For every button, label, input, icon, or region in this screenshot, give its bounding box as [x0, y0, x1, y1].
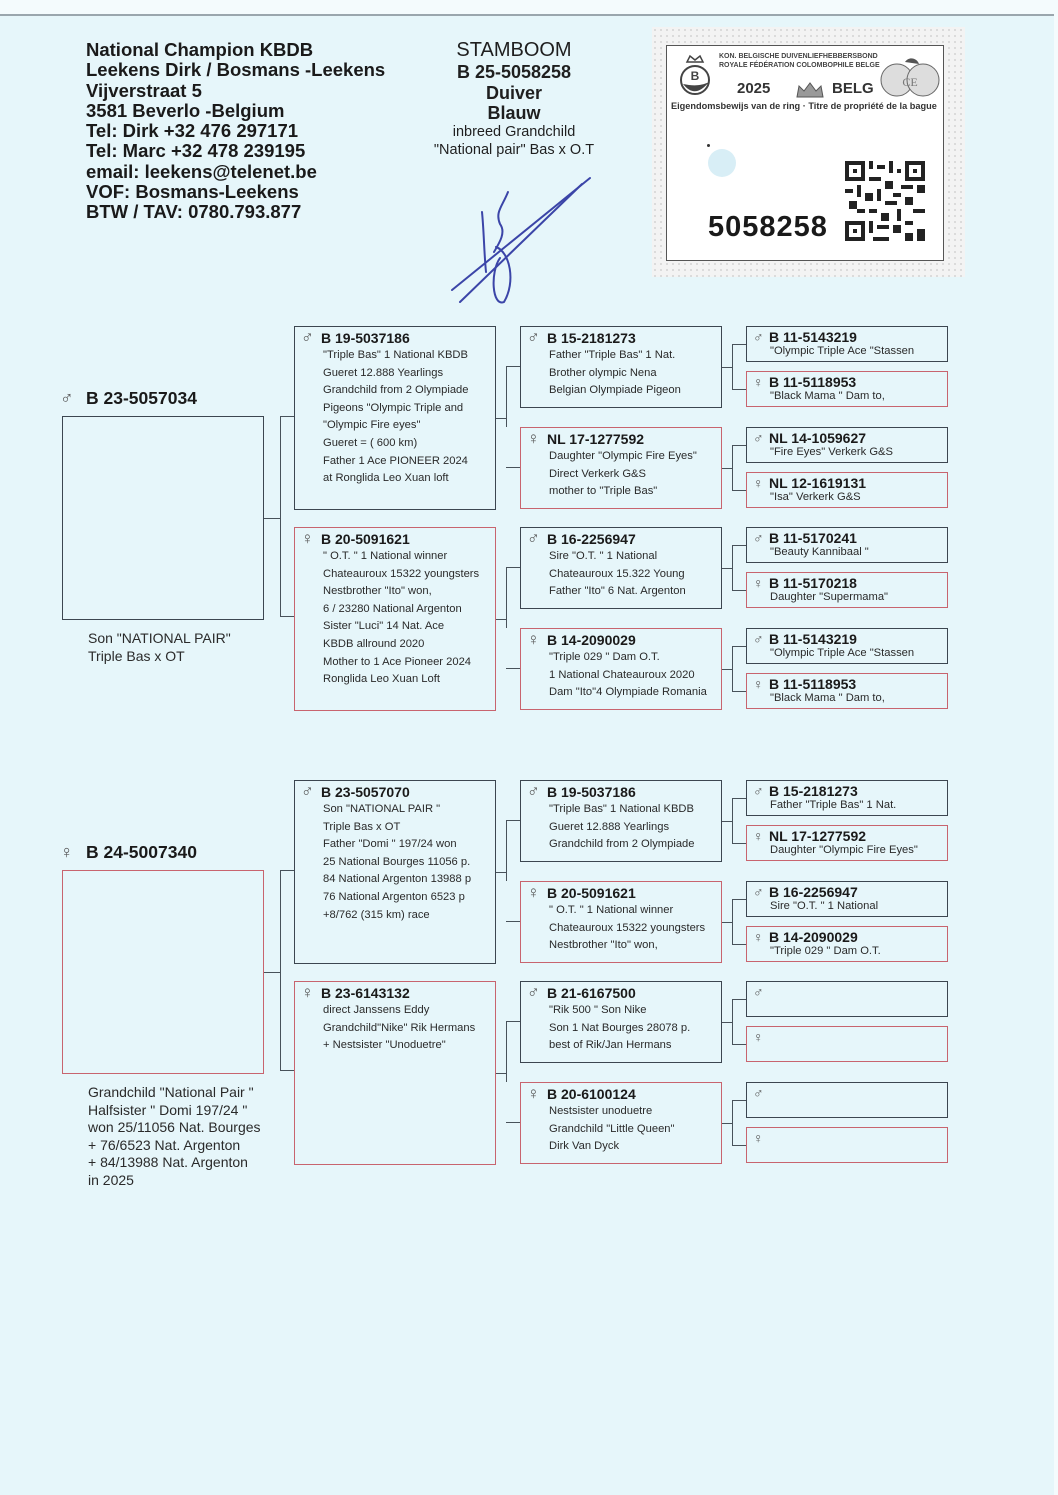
pigeon-ring-number: B 16-2256947: [547, 531, 636, 547]
pigeon-details: ♂: [753, 984, 943, 1000]
note-line: Halfsister " Domi 197/24 ": [88, 1102, 261, 1120]
breeder-line: Tel: Dirk +32 476 297171: [86, 121, 385, 141]
description-line: best of Rik/Jan Hermans: [549, 1037, 717, 1055]
female-symbol-icon: ♀: [753, 676, 769, 692]
connector-line: [732, 590, 746, 591]
description-line: Grandchild"Nike" Rik Hermans: [323, 1020, 491, 1038]
connector-line: [722, 367, 732, 368]
subject-ring-sire_side: ♂B 23-5057034: [60, 388, 197, 409]
connector-line: [506, 820, 507, 881]
kbdb-logo-icon: B: [677, 54, 713, 100]
connector-line: [506, 820, 520, 821]
connector-line: [732, 798, 746, 799]
description-line: Son 1 Nat Bourges 28078 p.: [549, 1020, 717, 1038]
note-line: Son "NATIONAL PAIR": [88, 630, 231, 648]
description-line: Nestsister unoduetre: [549, 1103, 717, 1121]
pigeon-box-male[interactable]: ♂B 15-2181273Father "Triple Bas" 1 Nat.: [746, 780, 948, 816]
pigeon-details: ♂NL 14-1059627"Fire Eyes" Verkerk G&S: [753, 430, 943, 459]
description-line: "Olympic Fire eyes": [323, 417, 491, 435]
description-line: "Triple 029 " Dam O.T.: [770, 945, 943, 958]
male-symbol-icon: ♂: [753, 783, 769, 799]
pigeon-description: "Triple Bas" 1 National KBDBGueret 12.88…: [301, 347, 491, 488]
connector-line: [722, 922, 732, 923]
pigeon-ring-number: B 14-2090029: [769, 929, 858, 945]
connector-line: [264, 518, 280, 519]
subject-color: Blauw: [405, 103, 623, 123]
description-line: "Olympic Triple Ace "Stassen: [770, 345, 943, 358]
connector-line: [280, 416, 294, 417]
pigeon-description: " O.T. " 1 National winnerChateauroux 15…: [301, 548, 491, 689]
male-symbol-icon: ♂: [527, 783, 547, 801]
pigeon-ring-line: ♀B 20-6100124: [527, 1085, 717, 1103]
connector-line: [732, 944, 746, 945]
subject-desc: "National pair" Bas x O.T: [405, 141, 623, 159]
female-symbol-icon: ♀: [753, 1130, 769, 1146]
description-line: Dam "Ito"4 Olympiade Romania: [549, 684, 717, 702]
main-ring-number: B 24-5007340: [86, 842, 197, 862]
description-line: "Black Mama " Dam to,: [770, 692, 943, 705]
description-line: Sister "Luci" 14 Nat. Ace: [323, 618, 491, 636]
connector-line: [722, 1123, 732, 1124]
pigeon-details: ♂B 11-5143219"Olympic Triple Ace "Stasse…: [753, 329, 943, 358]
connector-line: [732, 646, 746, 647]
pigeon-description: "Olympic Triple Ace "Stassen: [753, 345, 943, 358]
description-line: Son "NATIONAL PAIR ": [323, 801, 491, 819]
connector-line: [280, 1070, 294, 1071]
description-line: Mother to 1 Ace Pioneer 2024: [323, 654, 491, 672]
pigeon-box-female[interactable]: ♀B 11-5170218Daughter "Supermama": [746, 572, 948, 608]
pigeon-description: direct Janssens EddyGrandchild"Nike" Rik…: [301, 1002, 491, 1055]
pigeon-description: Daughter "Olympic Fire Eyes": [753, 844, 943, 857]
breeder-line: BTW / TAV: 0780.793.877: [86, 202, 385, 222]
description-line: Daughter "Olympic Fire Eyes": [770, 844, 943, 857]
connector-line: [280, 870, 281, 1070]
description-line: Sire "O.T. " 1 National: [549, 548, 717, 566]
pigeon-ring-line: ♀B 23-6143132: [301, 984, 491, 1002]
subject-note: Grandchild "National Pair "Halfsister " …: [88, 1084, 261, 1189]
connector-line: [732, 344, 733, 389]
pigeon-details: ♀B 20-5091621" O.T. " 1 National winnerC…: [527, 884, 717, 955]
male-symbol-icon: ♂: [60, 388, 86, 409]
connector-line: [732, 999, 746, 1000]
description-line: Grandchild "Little Queen": [549, 1121, 717, 1139]
pigeon-box-male[interactable]: ♂B 11-5143219"Olympic Triple Ace "Stasse…: [746, 326, 948, 362]
connector-line: [732, 1100, 746, 1101]
pigeon-details: ♂B 15-2181273Father "Triple Bas" 1 Nat.B…: [527, 329, 717, 400]
pigeon-details: ♂B 21-6167500"Rik 500 " Son NikeSon 1 Na…: [527, 984, 717, 1055]
pigeon-ring-number: B 19-5037186: [321, 330, 410, 346]
description-line: Gueret = ( 600 km): [323, 435, 491, 453]
breeder-line: 3581 Beverlo -Belgium: [86, 101, 385, 121]
pigeon-box-female[interactable]: ♀: [746, 1127, 948, 1163]
description-line: "Isa" Verkerk G&S: [770, 491, 943, 504]
description-line: 76 National Argenton 6523 p: [323, 889, 491, 907]
description-line: Triple Bas x OT: [323, 819, 491, 837]
pigeon-description: "Rik 500 " Son NikeSon 1 Nat Bourges 280…: [527, 1002, 717, 1055]
description-line: Daughter "Olympic Fire Eyes": [549, 448, 717, 466]
pigeon-details: ♂B 19-5037186"Triple Bas" 1 National KBD…: [301, 329, 491, 488]
connector-line: [506, 668, 520, 669]
pigeon-box-female[interactable]: ♀B 14-2090029"Triple 029 " Dam O.T.: [746, 926, 948, 962]
globe-pigeon-icon: CE: [879, 56, 941, 98]
male-symbol-icon: ♂: [753, 530, 769, 546]
pigeon-ring-line: ♀B 11-5118953: [753, 676, 943, 692]
pigeon-description: "Black Mama " Dam to,: [753, 390, 943, 403]
connector-line: [506, 567, 507, 628]
male-symbol-icon: ♂: [527, 984, 547, 1002]
female-symbol-icon: ♀: [753, 929, 769, 945]
pigeon-box-female[interactable]: ♀B 20-5091621" O.T. " 1 National winnerC…: [520, 881, 722, 963]
pigeon-ring-number: B 11-5143219: [769, 329, 857, 345]
description-line: "Triple 029 " Dam O.T.: [549, 649, 717, 667]
pigeon-details: ♀B 11-5118953"Black Mama " Dam to,: [753, 676, 943, 705]
pigeon-ring-line: ♂B 16-2256947: [753, 884, 943, 900]
pigeon-ring-line: ♂NL 14-1059627: [753, 430, 943, 446]
pigeon-ring-number: B 11-5170218: [769, 575, 857, 591]
pigeon-box-female[interactable]: ♀B 20-5091621" O.T. " 1 National winnerC…: [294, 527, 496, 711]
connector-line: [732, 445, 733, 490]
male-symbol-icon: ♂: [753, 984, 769, 1000]
pigeon-description: "Beauty Kannibaal ": [753, 546, 943, 559]
male-symbol-icon: ♂: [753, 1085, 769, 1101]
connector-line: [506, 366, 507, 427]
pigeon-details: ♀: [753, 1029, 943, 1045]
pigeon-ring-line: ♀B 20-5091621: [527, 884, 717, 902]
connector-line: [506, 567, 520, 568]
connector-line: [506, 366, 520, 367]
pigeon-description: Daughter "Olympic Fire Eyes"Direct Verke…: [527, 448, 717, 501]
description-line: Chateauroux 15322 youngsters: [323, 566, 491, 584]
pigeon-box-male[interactable]: ♂B 15-2181273Father "Triple Bas" 1 Nat.B…: [520, 326, 722, 408]
description-line: "Beauty Kannibaal ": [770, 546, 943, 559]
connector-line: [732, 843, 746, 844]
subject-sex: Duiver: [405, 83, 623, 103]
breeder-line: Tel: Marc +32 478 239195: [86, 141, 385, 161]
pigeon-box-female[interactable]: ♀NL 12-1619131"Isa" Verkerk G&S: [746, 472, 948, 508]
pigeon-box-female[interactable]: ♀B 20-6100124Nestsister unoduetreGrandch…: [520, 1082, 722, 1164]
description-line: Chateauroux 15.322 Young: [549, 566, 717, 584]
connector-line: [732, 1145, 746, 1146]
pigeon-box-female[interactable]: ♀NL 17-1277592Daughter "Olympic Fire Eye…: [746, 825, 948, 861]
connector-line: [280, 870, 294, 871]
pigeon-box-male[interactable]: ♂B 16-2256947Sire "O.T. " 1 National: [746, 881, 948, 917]
pigeon-ring-number: B 16-2256947: [769, 884, 858, 900]
pigeon-box-male[interactable]: ♂B 23-5057070Son "NATIONAL PAIR "Triple …: [294, 780, 496, 964]
pigeon-ring-number: B 20-5091621: [321, 531, 410, 547]
female-symbol-icon: ♀: [301, 984, 321, 1002]
svg-text:CE: CE: [902, 75, 917, 89]
pigeon-box-male[interactable]: ♂: [746, 1082, 948, 1118]
pigeon-details: ♂: [753, 1085, 943, 1101]
description-line: "Triple Bas" 1 National KBDB: [323, 347, 491, 365]
pigeon-description: "Triple 029 " Dam O.T.1 National Chateau…: [527, 649, 717, 702]
pigeon-box-male[interactable]: ♂NL 14-1059627"Fire Eyes" Verkerk G&S: [746, 427, 948, 463]
male-symbol-icon: ♂: [753, 329, 769, 345]
pigeon-ring-number: B 11-5118953: [769, 374, 856, 390]
description-line: "Fire Eyes" Verkerk G&S: [770, 446, 943, 459]
pigeon-box-female[interactable]: ♀B 11-5118953"Black Mama " Dam to,: [746, 371, 948, 407]
pigeon-description: "Triple Bas" 1 National KBDBGueret 12.88…: [527, 801, 717, 854]
org-name: KON. BELGISCHE DUIVENLIEFHEBBERSBOND ROY…: [719, 52, 880, 70]
description-line: Nestbrother "Ito" won,: [323, 583, 491, 601]
pigeon-box-male[interactable]: ♂B 11-5170241"Beauty Kannibaal ": [746, 527, 948, 563]
breeder-line: Vijverstraat 5: [86, 81, 385, 101]
connector-line: [732, 1100, 733, 1145]
pigeon-details: ♂B 16-2256947Sire "O.T. " 1 National: [753, 884, 943, 913]
female-symbol-icon: ♀: [753, 475, 769, 491]
pigeon-box-female[interactable]: ♀NL 17-1277592Daughter "Olympic Fire Eye…: [520, 427, 722, 509]
pigeon-ring-line: ♂B 19-5037186: [527, 783, 717, 801]
pigeon-ring-line: ♂B 21-6167500: [527, 984, 717, 1002]
pigeon-description: Daughter "Supermama": [753, 591, 943, 604]
pigeon-ring-line: ♂: [753, 984, 943, 1000]
ring-year: 2025: [737, 80, 770, 97]
pigeon-ring-number: NL 17-1277592: [547, 431, 644, 447]
pigeon-ring-number: B 19-5037186: [547, 784, 636, 800]
pigeon-ring-number: B 15-2181273: [547, 330, 636, 346]
pigeon-ring-line: ♀B 11-5118953: [753, 374, 943, 390]
connector-line: [722, 568, 732, 569]
pigeon-ring-line: ♂B 23-5057070: [301, 783, 491, 801]
subject-note: Son "NATIONAL PAIR"Triple Bas x OT: [88, 630, 231, 665]
note-line: + 76/6523 Nat. Argenton: [88, 1137, 261, 1155]
pigeon-details: ♀B 14-2090029"Triple 029 " Dam O.T.1 Nat…: [527, 631, 717, 702]
pigeon-details: ♂B 11-5170241"Beauty Kannibaal ": [753, 530, 943, 559]
pigeon-details: ♂B 19-5037186"Triple Bas" 1 National KBD…: [527, 783, 717, 854]
connector-line: [496, 1073, 506, 1074]
connector-line: [732, 646, 733, 691]
breeder-info: National Champion KBDB Leekens Dirk / Bo…: [86, 40, 385, 223]
connector-line: [732, 445, 746, 446]
female-symbol-icon: ♀: [60, 842, 86, 863]
subject-ring-dam_side: ♀B 24-5007340: [60, 842, 197, 863]
male-symbol-icon: ♂: [301, 329, 321, 347]
pigeon-ring-number: NL 12-1619131: [769, 475, 866, 491]
description-line: Pigeons "Olympic Triple and: [323, 400, 491, 418]
pigeon-box-male[interactable]: ♂B 19-5037186"Triple Bas" 1 National KBD…: [520, 780, 722, 862]
description-line: Dirk Van Dyck: [549, 1138, 717, 1156]
pigeon-description: "Isa" Verkerk G&S: [753, 491, 943, 504]
pigeon-details: ♀B 20-6100124Nestsister unoduetreGrandch…: [527, 1085, 717, 1156]
pigeon-ring-number: B 15-2181273: [769, 783, 858, 799]
description-line: Father "Triple Bas" 1 Nat.: [549, 347, 717, 365]
description-line: Grandchild from 2 Olympiade: [323, 382, 491, 400]
note-line: in 2025: [88, 1172, 261, 1190]
pigeon-ring-line: ♀B 14-2090029: [527, 631, 717, 649]
description-line: mother to "Triple Bas": [549, 483, 717, 501]
pigeon-ring-line: ♀B 14-2090029: [753, 929, 943, 945]
pigeon-ring-line: ♂B 11-5143219: [753, 329, 943, 345]
female-symbol-icon: ♀: [527, 631, 547, 649]
pigeon-photo-placeholder: [62, 416, 264, 620]
pigeon-box-male[interactable]: ♂B 11-5143219"Olympic Triple Ace "Stasse…: [746, 628, 948, 664]
female-symbol-icon: ♀: [753, 575, 769, 591]
description-line: +8/762 (315 km) race: [323, 907, 491, 925]
male-symbol-icon: ♂: [527, 530, 547, 548]
description-line: Gueret 12.888 Yearlings: [549, 819, 717, 837]
female-symbol-icon: ♀: [527, 1085, 547, 1103]
description-line: Sire "O.T. " 1 National: [770, 900, 943, 913]
pigeon-photo-placeholder: [62, 870, 264, 1074]
pigeon-ring-number: NL 17-1277592: [769, 828, 866, 844]
description-line: Daughter "Supermama": [770, 591, 943, 604]
pigeon-box-male[interactable]: ♂B 21-6167500"Rik 500 " Son NikeSon 1 Na…: [520, 981, 722, 1063]
connector-line: [732, 899, 746, 900]
pigeon-ring-line: ♂: [753, 1085, 943, 1101]
description-line: Belgian Olympiade Pigeon: [549, 382, 717, 400]
pigeon-description: " O.T. " 1 National winnerChateauroux 15…: [527, 902, 717, 955]
connector-line: [264, 972, 280, 973]
breeder-line: National Champion KBDB: [86, 40, 385, 60]
description-line: "Black Mama " Dam to,: [770, 390, 943, 403]
pigeon-description: "Olympic Triple Ace "Stassen: [753, 647, 943, 660]
connector-line: [732, 899, 733, 944]
description-line: " O.T. " 1 National winner: [323, 548, 491, 566]
connector-line: [732, 691, 746, 692]
connector-line: [722, 468, 732, 469]
note-line: + 84/13988 Nat. Argenton: [88, 1154, 261, 1172]
signature-icon: [430, 172, 600, 312]
pigeon-ring-line: ♀: [753, 1130, 943, 1146]
qr-code-icon: [845, 161, 925, 241]
connector-line: [732, 999, 733, 1044]
connector-line: [722, 669, 732, 670]
pigeon-ring-line: ♀B 20-5091621: [301, 530, 491, 548]
description-line: at Ronglida Leo Xuan loft: [323, 470, 491, 488]
male-symbol-icon: ♂: [527, 329, 547, 347]
pigeon-details: ♀B 11-5170218Daughter "Supermama": [753, 575, 943, 604]
pigeon-details: ♂B 23-5057070Son "NATIONAL PAIR "Triple …: [301, 783, 491, 924]
connector-line: [506, 1122, 520, 1123]
pigeon-box-female[interactable]: ♀B 14-2090029"Triple 029 " Dam O.T.1 Nat…: [520, 628, 722, 710]
description-line: "Rik 500 " Son Nike: [549, 1002, 717, 1020]
connector-line: [506, 467, 520, 468]
female-symbol-icon: ♀: [753, 374, 769, 390]
description-line: direct Janssens Eddy: [323, 1002, 491, 1020]
pigeon-ring-line: ♂B 19-5037186: [301, 329, 491, 347]
pigeon-ring-number: B 21-6167500: [547, 985, 636, 1001]
description-line: 1 National Chateauroux 2020: [549, 667, 717, 685]
pigeon-ring-number: B 23-6143132: [321, 985, 410, 1001]
description-line: Brother olympic Nena: [549, 365, 717, 383]
pigeon-details: ♂B 15-2181273Father "Triple Bas" 1 Nat.: [753, 783, 943, 812]
connector-line: [732, 1044, 746, 1045]
description-line: Father "Ito" 6 Nat. Argenton: [549, 583, 717, 601]
breeder-line: VOF: Bosmans-Leekens: [86, 182, 385, 202]
note-line: won 25/11056 Nat. Bourges: [88, 1119, 261, 1137]
pigeon-box-female[interactable]: ♀B 11-5118953"Black Mama " Dam to,: [746, 673, 948, 709]
pigeon-ring-number: B 11-5143219: [769, 631, 857, 647]
pigeon-details: ♀B 11-5118953"Black Mama " Dam to,: [753, 374, 943, 403]
male-symbol-icon: ♂: [753, 430, 769, 446]
description-line: 84 National Argenton 13988 p: [323, 871, 491, 889]
description-line: Nestbrother "Ito" won,: [549, 937, 717, 955]
pigeon-box-female[interactable]: ♀: [746, 1026, 948, 1062]
breeder-line: Leekens Dirk / Bosmans -Leekens: [86, 60, 385, 80]
connector-line: [722, 821, 732, 822]
pigeon-ring-number: NL 14-1059627: [769, 430, 866, 446]
ring-country: BELG: [832, 80, 874, 97]
pigeon-ring-line: ♂B 11-5170241: [753, 530, 943, 546]
description-line: Father "Triple Bas" 1 Nat.: [770, 799, 943, 812]
pigeon-ring-line: ♀: [753, 1029, 943, 1045]
pigeon-details: ♂B 16-2256947Sire "O.T. " 1 NationalChat…: [527, 530, 717, 601]
pigeon-details: ♀NL 17-1277592Daughter "Olympic Fire Eye…: [753, 828, 943, 857]
main-ring-number: B 23-5057034: [86, 388, 197, 408]
pedigree-header: STAMBOOM B 25-5058258 Duiver Blauw inbre…: [405, 38, 623, 159]
description-line: KBDB allround 2020: [323, 636, 491, 654]
pigeon-box-male[interactable]: ♂: [746, 981, 948, 1017]
pigeon-box-male[interactable]: ♂B 16-2256947Sire "O.T. " 1 NationalChat…: [520, 527, 722, 609]
female-symbol-icon: ♀: [527, 884, 547, 902]
pigeon-box-male[interactable]: ♂B 19-5037186"Triple Bas" 1 National KBD…: [294, 326, 496, 510]
description-line: Direct Verkerk G&S: [549, 466, 717, 484]
pigeon-ring-line: ♀NL 17-1277592: [753, 828, 943, 844]
female-symbol-icon: ♀: [753, 828, 769, 844]
pigeon-ring-line: ♀NL 17-1277592: [527, 430, 717, 448]
description-line: Father 1 Ace PIONEER 2024: [323, 453, 491, 471]
page-title: STAMBOOM: [405, 38, 623, 62]
description-line: " O.T. " 1 National winner: [549, 902, 717, 920]
pigeon-ring-number: B 11-5118953: [769, 676, 856, 692]
punch-hole: [708, 149, 736, 177]
description-line: Gueret 12.888 Yearlings: [323, 365, 491, 383]
connector-line: [732, 344, 746, 345]
pigeon-ring-line: ♂B 15-2181273: [753, 783, 943, 799]
connector-line: [732, 389, 746, 390]
pigeon-box-female[interactable]: ♀B 23-6143132direct Janssens EddyGrandch…: [294, 981, 496, 1165]
connector-line: [280, 616, 294, 617]
description-line: Ronglida Leo Xuan Loft: [323, 671, 491, 689]
connector-line: [496, 418, 506, 419]
description-line: Chateauroux 15322 youngsters: [549, 920, 717, 938]
subject-desc: inbreed Grandchild: [405, 123, 623, 141]
pigeon-ring-line: ♂B 16-2256947: [527, 530, 717, 548]
pigeon-description: Father "Triple Bas" 1 Nat.Brother olympi…: [527, 347, 717, 400]
pigeon-details: ♀NL 17-1277592Daughter "Olympic Fire Eye…: [527, 430, 717, 501]
connector-line: [732, 545, 733, 590]
pigeon-description: "Triple 029 " Dam O.T.: [753, 945, 943, 958]
male-symbol-icon: ♂: [753, 631, 769, 647]
description-line: "Triple Bas" 1 National KBDB: [549, 801, 717, 819]
male-symbol-icon: ♂: [753, 884, 769, 900]
description-line: Father "Domi " 197/24 won: [323, 836, 491, 854]
connector-line: [506, 1021, 520, 1022]
ring-ownership-card: B KON. BELGISCHE DUIVENLIEFHEBBERSBOND R…: [652, 27, 965, 277]
pigeon-ring-line: ♂B 15-2181273: [527, 329, 717, 347]
svg-text:B: B: [691, 69, 700, 83]
crown-icon: [795, 81, 825, 99]
description-line: 6 / 23280 National Argenton: [323, 601, 491, 619]
connector-line: [280, 416, 281, 616]
male-symbol-icon: ♂: [301, 783, 321, 801]
connector-line: [732, 798, 733, 843]
pigeon-description: Son "NATIONAL PAIR "Triple Bas x OTFathe…: [301, 801, 491, 924]
connector-line: [506, 921, 520, 922]
pigeon-description: Father "Triple Bas" 1 Nat.: [753, 799, 943, 812]
pigeon-details: ♀B 23-6143132direct Janssens EddyGrandch…: [301, 984, 491, 1055]
pigeon-ring-line: ♂B 11-5143219: [753, 631, 943, 647]
pigeon-ring-number: B 20-5091621: [547, 885, 636, 901]
female-symbol-icon: ♀: [753, 1029, 769, 1045]
pigeon-details: ♀B 20-5091621" O.T. " 1 National winnerC…: [301, 530, 491, 689]
pigeon-description: "Black Mama " Dam to,: [753, 692, 943, 705]
connector-line: [732, 545, 746, 546]
connector-line: [722, 1022, 732, 1023]
pigeon-description: "Fire Eyes" Verkerk G&S: [753, 446, 943, 459]
pigeon-ring-line: ♀B 11-5170218: [753, 575, 943, 591]
ring-number: 5058258: [708, 211, 828, 244]
